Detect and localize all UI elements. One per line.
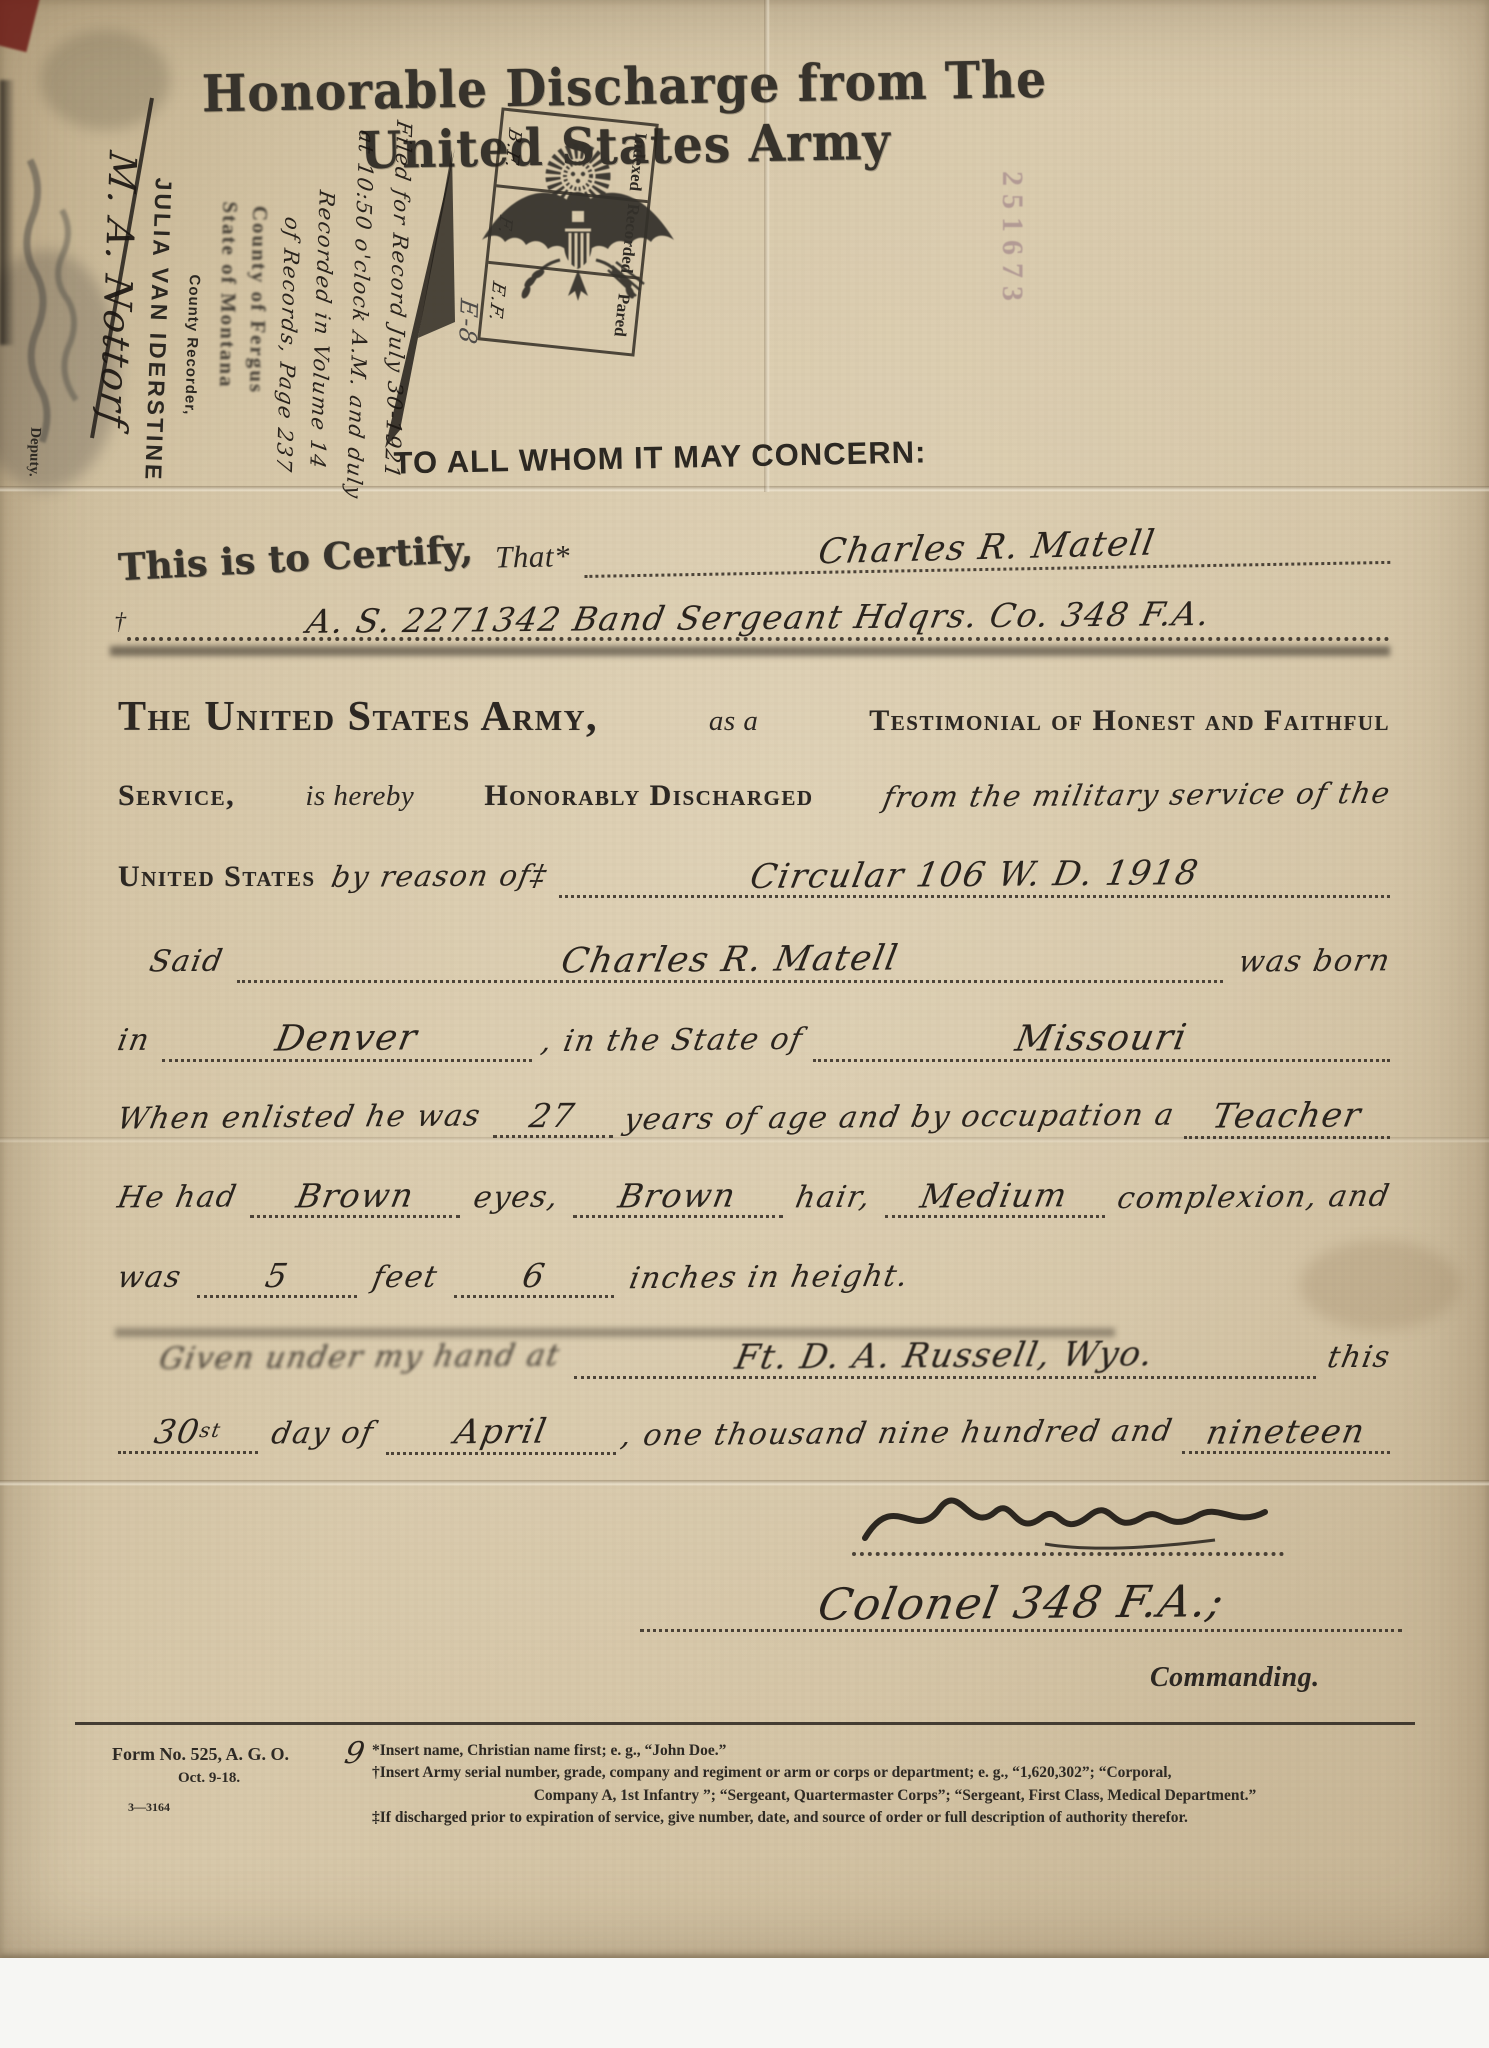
certify-name-blank: Charles R. Matell [584, 521, 1391, 578]
as-a: as a [709, 705, 759, 738]
serial-grade-unit-handwritten: A. S. 2271342 Band Sergeant Hdqrs. Co. 3… [303, 594, 1213, 641]
hair-color-handwritten: Brown [615, 1175, 739, 1215]
state-stamp-line1: State of Montana [214, 201, 242, 389]
was-word: was [115, 1260, 185, 1296]
complexion-handwritten: Medium [918, 1175, 1072, 1215]
service-caps: Service, [118, 779, 235, 813]
reason-handwritten: Circular 106 W. D. 1918 [747, 853, 1202, 897]
rank-line-handwritten: Colonel 348 F.A.; [813, 1576, 1228, 1631]
complexion-blank: Medium [885, 1176, 1105, 1218]
fold-crease-horizontal-1 [0, 486, 1489, 492]
footer-rule [75, 1722, 1415, 1725]
occupation-handwritten: Teacher [1209, 1095, 1365, 1136]
footnote-double-dagger: ‡If discharged prior to expiration of se… [372, 1807, 1418, 1829]
red-corner-mark [0, 0, 40, 52]
from-service-script: from the military service of the [880, 776, 1393, 814]
deputy-label: Deputy. [25, 427, 44, 477]
month-blank: April [386, 1412, 616, 1455]
birth-state-handwritten: Missouri [1012, 1017, 1191, 1059]
footnote-dagger-line2: Company A, 1st Infantry ”; “Sergeant, Qu… [372, 1785, 1418, 1807]
was-born: was born [1235, 943, 1393, 979]
inches-blank: 6 [454, 1256, 614, 1298]
recorder-name-stamp: JULIA VAN IDERSTINE [139, 177, 177, 483]
discharged-caps: Honorably Discharged [484, 779, 813, 813]
by-reason: by reason of‡ [328, 858, 550, 894]
inches-handwritten: 6 [519, 1256, 549, 1295]
in-word: in [115, 1023, 153, 1058]
day-suffix-handwritten: st [198, 1418, 224, 1442]
scanned-discharge-certificate: Honorable Discharge from The United Stat… [0, 0, 1489, 2048]
day-blank: 30st [118, 1412, 258, 1454]
recorder-title-stamp: County Recorder, [181, 274, 203, 416]
occupation-lead: years of age and by occupation a [621, 1098, 1178, 1138]
inches-word: inches in height. [627, 1259, 912, 1296]
birth-state-blank: Missouri [813, 1018, 1390, 1062]
signature-dotted-line [852, 1552, 1284, 1556]
serial-dagger-mark: † [114, 609, 127, 636]
certify-lead: This is to Certify, [117, 527, 474, 590]
soldier-name-handwritten: Charles R. Matell [815, 523, 1158, 572]
salutation-line: TO ALL WHOM IT MAY CONCERN: [330, 433, 991, 483]
birthplace-handwritten: Denver [272, 1017, 421, 1059]
united-states-caps: United States [118, 860, 316, 894]
feet-word: feet [370, 1260, 441, 1296]
rank-blank: Colonel 348 F.A.; [640, 1578, 1402, 1632]
filed-note-line4: of Records, Page 237 [272, 215, 305, 475]
form-date: Oct. 9-18. [178, 1770, 240, 1787]
print-code: 3—3164 [128, 1800, 170, 1815]
hair-color-blank: Brown [573, 1176, 783, 1218]
in-state-of: , in the State of [538, 1022, 806, 1059]
feet-handwritten: 5 [263, 1256, 293, 1295]
month-handwritten: April [451, 1412, 550, 1453]
said-word: Said [147, 944, 227, 980]
paper-sheet: Honorable Discharge from The United Stat… [0, 0, 1489, 1958]
filed-note-line3: Recorded in Volume 14 [305, 189, 339, 472]
day-handwritten: 30 [151, 1412, 203, 1451]
army-caps: The United States Army, [118, 693, 598, 741]
feet-blank: 5 [197, 1256, 357, 1298]
serial-blank: A. S. 2271342 Band Sergeant Hdqrs. Co. 3… [127, 598, 1391, 641]
age-handwritten: 27 [526, 1096, 578, 1135]
scanner-background-strip [0, 1958, 1489, 2048]
army-eagle-emblem [472, 138, 684, 324]
hair-word: hair, [793, 1180, 875, 1216]
stain-right [1300, 1240, 1460, 1330]
birthplace-blank: Denver [162, 1018, 532, 1062]
eye-color-blank: Brown [250, 1176, 460, 1218]
form-annotation-handwritten: 9 [342, 1736, 369, 1771]
footnote-dagger-line1: †Insert Army serial number, grade, compa… [372, 1762, 1418, 1784]
commanding-label: Commanding. [1150, 1662, 1320, 1694]
footnote-star: *Insert name, Christian name first; e. g… [372, 1740, 1418, 1762]
faded-file-number-stamp: 251673 [995, 171, 1029, 309]
name-blank-2: Charles R. Matell [237, 940, 1222, 983]
place-blank: Ft. D. A. Russell, Wyo. [574, 1336, 1316, 1379]
eyes-word: eyes, [471, 1180, 563, 1216]
dark-edge-smudge [0, 80, 15, 345]
day-of: day of [269, 1416, 377, 1452]
form-number: Form No. 525, A. G. O. [112, 1744, 289, 1765]
occupation-blank: Teacher [1184, 1096, 1390, 1139]
given-under-hand: Given under my hand at [156, 1338, 563, 1376]
soldier-name-handwritten-2: Charles R. Matell [558, 939, 902, 982]
state-stamp-line2: County of Fergus [244, 206, 272, 395]
year-lead: , one thousand nine hundred and [618, 1414, 1176, 1454]
complexion-word: complexion, and [1115, 1179, 1394, 1216]
he-had: He had [115, 1179, 241, 1215]
is-hereby: is hereby [305, 780, 414, 813]
this-word: this [1324, 1340, 1393, 1376]
age-blank: 27 [493, 1096, 613, 1138]
year-blank: nineteen [1182, 1412, 1390, 1454]
year-handwritten: nineteen [1203, 1411, 1369, 1451]
certify-that: That* [495, 538, 570, 575]
footnotes-block: *Insert name, Christian name first; e. g… [372, 1740, 1418, 1830]
testimonial-caps: Testimonial of Honest and Faithful [869, 704, 1390, 738]
when-enlisted: When enlisted he was [114, 1098, 484, 1136]
reason-blank: Circular 106 W. D. 1918 [559, 855, 1390, 898]
commander-signature-scrawl [845, 1478, 1285, 1562]
ink-smear-under-serial [110, 646, 1390, 656]
eye-color-handwritten: Brown [293, 1175, 417, 1215]
place-handwritten: Ft. D. A. Russell, Wyo. [732, 1334, 1157, 1378]
deputy-recorder-signature: M. A. Nottorf [91, 148, 144, 432]
